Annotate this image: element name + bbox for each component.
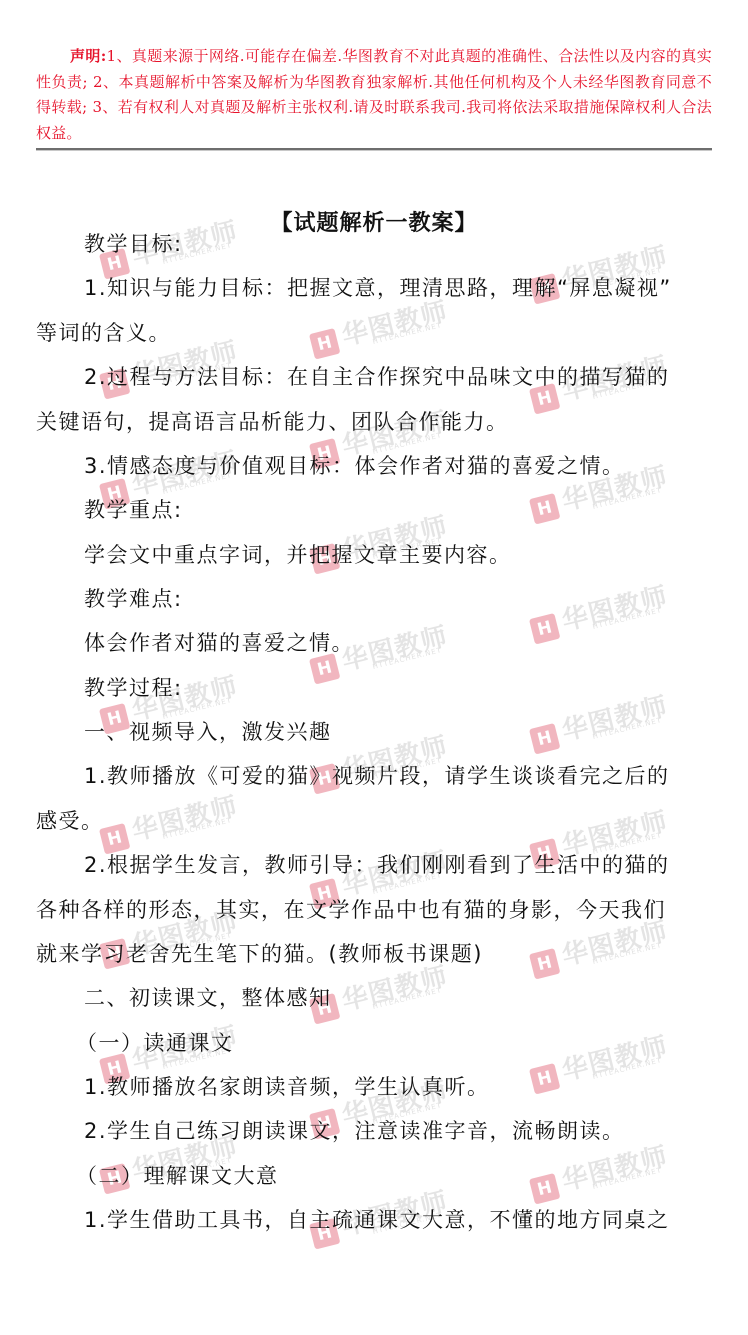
watermark-brand: 华图教师 (558, 1026, 672, 1088)
text-line: 教学过程: (84, 672, 183, 702)
watermark-sub: HTTEACHER.NET (592, 1166, 663, 1191)
disclaimer-lead: 声明: (70, 47, 107, 65)
watermark-brand: 华图教师 (128, 786, 242, 848)
text-line: 2.根据学生发言，教师引导：我们刚刚看到了生活中的猫的 (84, 849, 670, 879)
watermark-logo-icon: H (529, 1173, 561, 1205)
watermark-logo-icon: H (529, 613, 561, 645)
text-line: 1.教师播放《可爱的猫》视频片段，请学生谈谈看完之后的 (84, 760, 670, 790)
text-line: 1.知识与能力目标：把握文意，理清思路，理解“屏息凝视” (84, 272, 672, 302)
text-line: 1.教师播放名家朗读音频，学生认真听。 (84, 1071, 490, 1101)
watermark-sub: HTTEACHER.NET (592, 486, 663, 511)
watermark-brand: 华图教师 (338, 616, 452, 678)
watermark-sub: HTTEACHER.NET (592, 716, 663, 741)
watermark-sub: HTTEACHER.NET (592, 1056, 663, 1081)
divider (36, 148, 712, 151)
text-line: 各种各样的形态，其实，在文学作品中也有猫的身影，今天我们 (36, 894, 666, 924)
watermark-sub: HTTEACHER.NET (162, 816, 233, 841)
text-line: 教学重点: (84, 494, 183, 524)
disclaimer-text: 1、真题来源于网络.可能存在偏差.华图教育不对此真题的准确性、合法性以及内容的真… (36, 47, 712, 142)
watermark-sub: HTTEACHER.NET (372, 646, 443, 671)
text-line: 关键语句，提高语言品析能力、团队合作能力。 (36, 406, 509, 436)
disclaimer: 声明:1、真题来源于网络.可能存在偏差.华图教育不对此真题的准确性、合法性以及内… (36, 44, 712, 146)
watermark-sub: HTTEACHER.NET (592, 606, 663, 631)
text-line: 3.情感态度与价值观目标：体会作者对猫的喜爱之情。 (84, 450, 625, 480)
watermark-logo-icon: H (529, 948, 561, 980)
text-line: 学会文中重点字词，并把握文章主要内容。 (84, 539, 512, 569)
text-line: 2.过程与方法目标：在自主合作探究中品味文中的描写猫的 (84, 361, 670, 391)
watermark-sub: HTTEACHER.NET (372, 321, 443, 346)
watermark-logo-icon: H (529, 493, 561, 525)
text-line: 教学目标: (84, 228, 183, 258)
text-line: （二）理解课文大意 (76, 1160, 279, 1190)
text-line: 就来学习老舍先生笔下的猫。(教师板书课题) (36, 938, 483, 968)
watermark-brand: 华图教师 (558, 576, 672, 638)
text-line: 感受。 (36, 805, 104, 835)
watermark-logo-icon: H (529, 723, 561, 755)
watermark: H华图教师HTTEACHER.NET (526, 684, 674, 766)
watermark-brand: 华图教师 (558, 686, 672, 748)
watermark-sub: HTTEACHER.NET (592, 941, 663, 966)
watermark-brand: 华图教师 (558, 1136, 672, 1198)
text-line: 等词的含义。 (36, 317, 171, 347)
watermark: H华图教师HTTEACHER.NET (526, 1024, 674, 1106)
text-line: 体会作者对猫的喜爱之情。 (84, 627, 354, 657)
watermark: H华图教师HTTEACHER.NET (526, 574, 674, 656)
text-line: 教学难点: (84, 583, 183, 613)
text-line: 2.学生自己练习朗读课文，注意读准字音，流畅朗读。 (84, 1115, 625, 1145)
text-line: 1.学生借助工具书，自主疏通课文大意，不懂的地方同桌之 (84, 1204, 670, 1234)
watermark-logo-icon: H (309, 653, 341, 685)
text-line: 一、视频导入，激发兴趣 (84, 716, 332, 746)
watermark-logo-icon: H (529, 1063, 561, 1095)
watermark-logo-icon: H (309, 328, 341, 360)
text-line: （一）读通课文 (76, 1027, 234, 1057)
text-line: 二、初读课文，整体感知 (84, 982, 332, 1012)
watermark-sub: HTTEACHER.NET (372, 986, 443, 1011)
